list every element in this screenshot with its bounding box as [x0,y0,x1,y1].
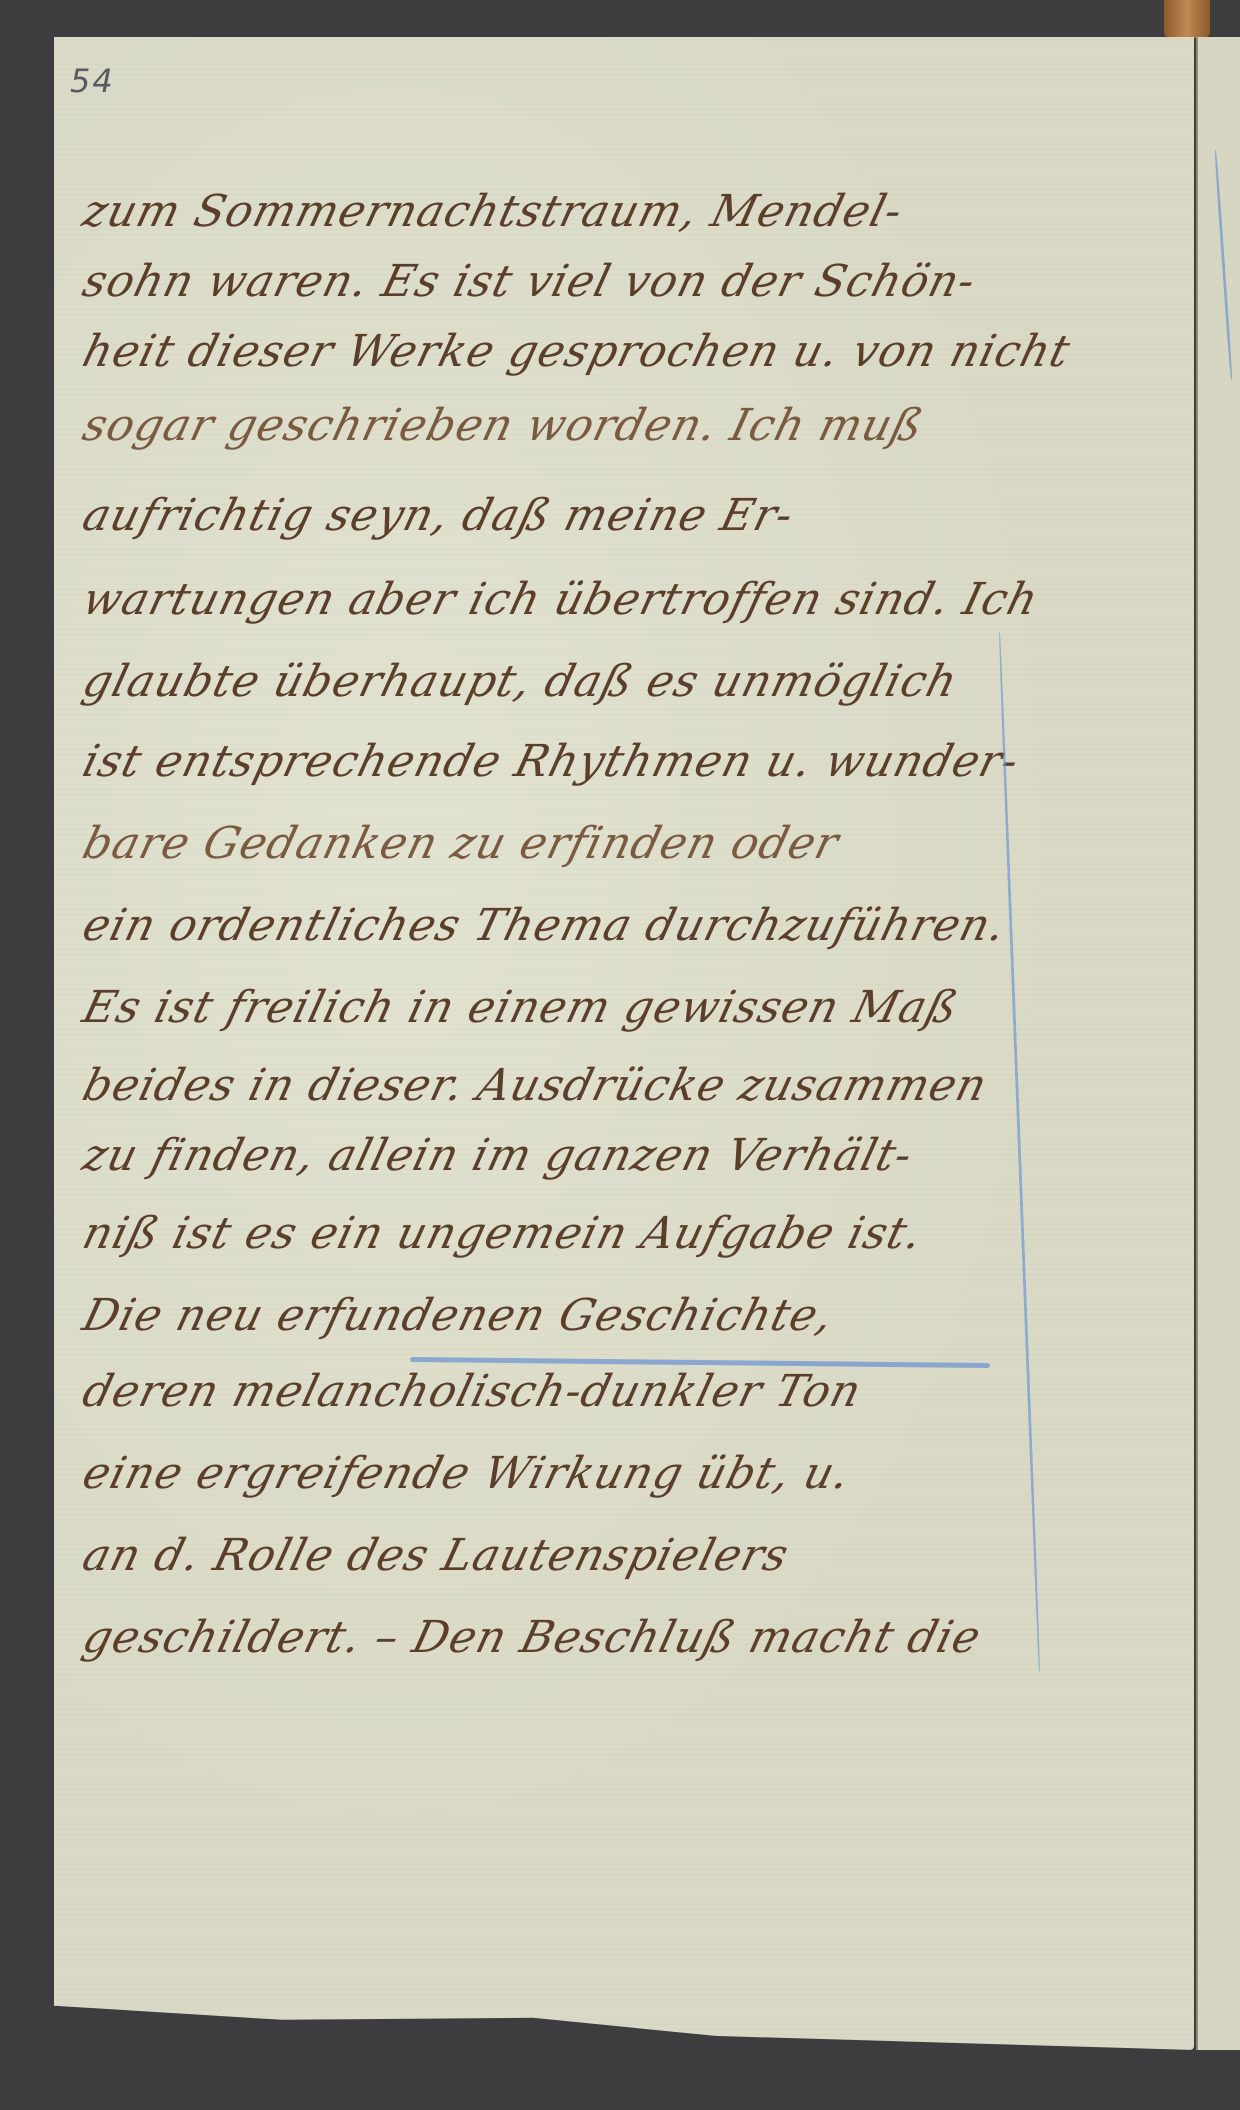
text-line-16: deren melancholisch-dunkler Ton [78,1366,867,1417]
page-number: 54 [70,62,115,100]
text-line-14: niß ist es ein ungemein Aufgabe ist. [78,1208,928,1259]
text-line-7: glaubte überhaupt, daß es unmöglich [78,656,963,707]
text-line-18: an d. Rolle des Lautenspielers [78,1530,794,1581]
text-line-15: Die neu erfundenen Geschichte, [78,1290,839,1341]
text-line-12: beides in dieser. Ausdrücke zusammen [78,1060,993,1111]
text-line-19: geschildert. – Den Beschluß macht die [78,1612,987,1663]
text-line-6: wartungen aber ich übertroffen sind. Ich [78,574,1044,625]
text-line-5: aufrichtig seyn, daß meine Er- [78,490,799,541]
facing-page-edge [1196,37,1240,2050]
text-line-9: bare Gedanken zu erfinden oder [78,818,845,869]
text-line-3: heit dieser Werke gesprochen u. von nich… [78,326,1076,377]
text-line-4: sogar geschrieben worden. Ich muß [78,400,929,451]
text-line-11: Es ist freilich in einem gewissen Maß [78,982,964,1033]
text-line-10: ein ordentliches Thema durchzuführen. [78,900,1012,951]
text-line-13: zu finden, allein im ganzen Verhält- [78,1130,918,1181]
text-line-17: eine ergreifende Wirkung übt, u. [78,1448,856,1499]
text-line-8: ist entsprechende Rhythmen u. wunder- [78,736,1025,787]
binding-tab [1164,0,1210,38]
text-line-1: zum Sommernachtstraum, Mendel- [78,186,908,237]
text-line-2: sohn waren. Es ist viel von der Schön- [78,256,981,307]
